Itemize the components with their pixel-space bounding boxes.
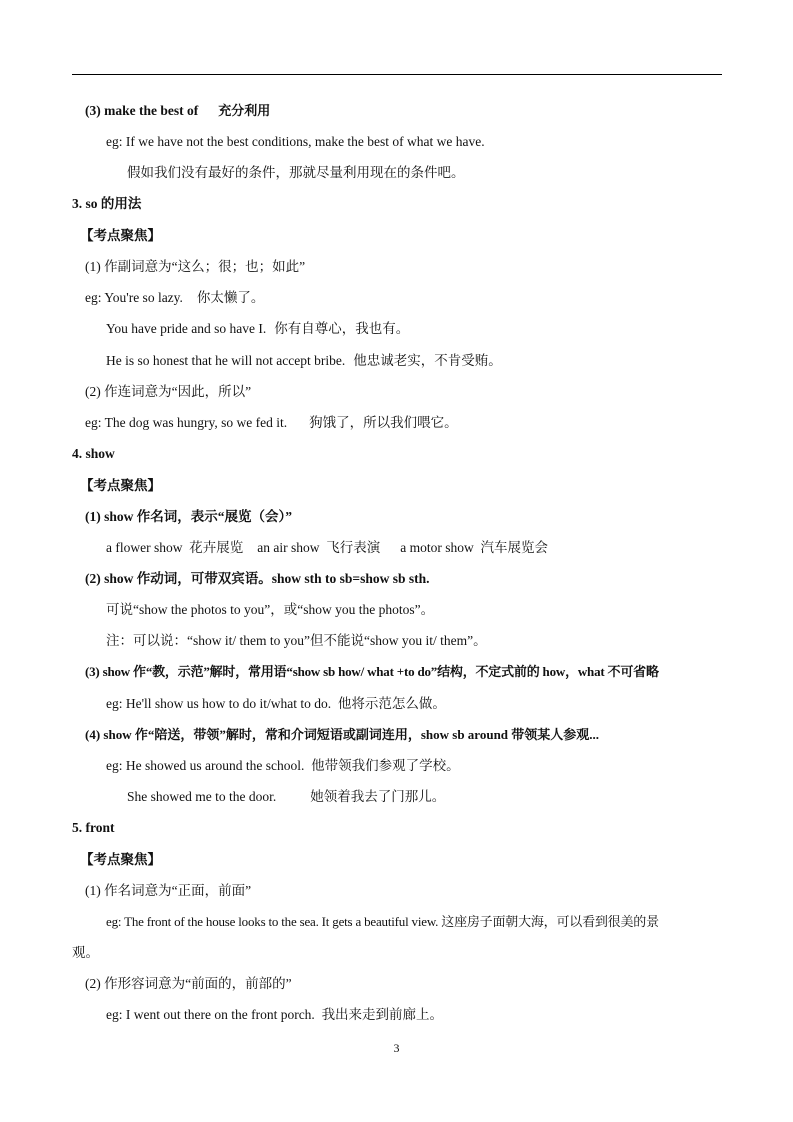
point-2: (2) 作连词意为“因此，所以” <box>85 384 251 400</box>
section-title-so: 3. so 的用法 <box>72 196 141 212</box>
note-line: 可说“show the photos to you”，或“show you th… <box>106 602 434 618</box>
heading-zh: 充分利用 <box>218 104 270 119</box>
example-line: eg: You're so lazy.你太懒了。 <box>85 290 264 306</box>
example-zh: 他将示范怎么做。 <box>338 696 446 711</box>
point-1: (1) 作名词意为“正面，前面” <box>85 883 251 899</box>
item-en: a motor show <box>400 540 474 555</box>
item-zh: 汽车展览会 <box>480 540 548 555</box>
example-zh: 他忠诚老实，不肯受贿。 <box>353 353 502 368</box>
example-line: She showed me to the door.她领着我去了门那儿。 <box>127 789 445 805</box>
note-line: 注：可以说：“show it/ them to you”但不能说“show yo… <box>106 633 487 649</box>
header-rule <box>72 74 722 75</box>
page-number: 3 <box>0 1041 793 1056</box>
example-zh: 我出来走到前廊上。 <box>322 1007 444 1022</box>
example-en: eg: He showed us around the school. <box>106 758 304 773</box>
section-title-front: 5. front <box>72 820 115 836</box>
point-2: (2) 作形容词意为“前面的，前部的” <box>85 976 292 992</box>
focus-label: 【考点聚焦】 <box>80 852 161 868</box>
example-zh: 你有自尊心，我也有。 <box>274 321 409 336</box>
example-zh: 她领着我去了门那儿。 <box>310 789 445 804</box>
example-en: eg: The dog was hungry, so we fed it. <box>85 415 287 430</box>
point-2: (2) show 作动词，可带双宾语。show sth to sb=show s… <box>85 571 430 587</box>
example-line: eg: He showed us around the school. 他带领我… <box>106 758 460 774</box>
example-en: eg: I went out there on the front porch. <box>106 1007 315 1022</box>
point-4: (4) show 作“陪送，带领”解时，常和介词短语或副词连用，show sb … <box>85 727 599 743</box>
item-en: an air show <box>257 540 319 555</box>
example-en: She showed me to the door. <box>127 789 276 804</box>
focus-label: 【考点聚焦】 <box>80 228 161 244</box>
point-1: (1) 作副词意为“这么；很；也；如此” <box>85 259 305 275</box>
example-line: He is so honest that he will not accept … <box>106 353 502 369</box>
example-line: eg: The dog was hungry, so we fed it.狗饿了… <box>85 415 458 431</box>
point-1: (1) show 作名词，表示“展览（会）” <box>85 509 292 525</box>
example-en: He is so honest that he will not accept … <box>106 353 345 368</box>
example-en: eg: If we have not the best conditions, … <box>106 134 485 150</box>
focus-label: 【考点聚焦】 <box>80 478 161 494</box>
example-zh: 狗饿了，所以我们喂它。 <box>309 415 458 430</box>
example-line: eg: He'll show us how to do it/what to d… <box>106 696 446 712</box>
example-line: eg: I went out there on the front porch.… <box>106 1007 443 1023</box>
item-zh: 花卉展览 <box>189 540 243 555</box>
example-line: eg: The front of the house looks to the … <box>106 914 659 930</box>
item-en: a flower show <box>106 540 182 555</box>
item-zh: 飞行表演 <box>326 540 380 555</box>
example-en: You have pride and so have I. <box>106 321 266 336</box>
example-line: You have pride and so have I.你有自尊心，我也有。 <box>106 321 409 337</box>
section-title-show: 4. show <box>72 446 115 462</box>
subheading-make-best-of: (3) make the best of充分利用 <box>85 103 270 120</box>
example-zh: 他带领我们参观了学校。 <box>311 758 460 773</box>
example-line-continued: 观。 <box>72 945 99 961</box>
example-en: eg: He'll show us how to do it/what to d… <box>106 696 331 711</box>
heading-en: (3) make the best of <box>85 103 198 118</box>
example-zh: 假如我们没有最好的条件，那就尽量利用现在的条件吧。 <box>127 165 465 181</box>
example-en: eg: You're so lazy. <box>85 290 183 305</box>
example-zh: 你太懒了。 <box>197 290 265 305</box>
example-list: a flower show 花卉展览an air show 飞行表演a moto… <box>106 540 548 556</box>
point-3: (3) show 作“教，示范”解时，常用语“show sb how/ what… <box>85 664 659 680</box>
